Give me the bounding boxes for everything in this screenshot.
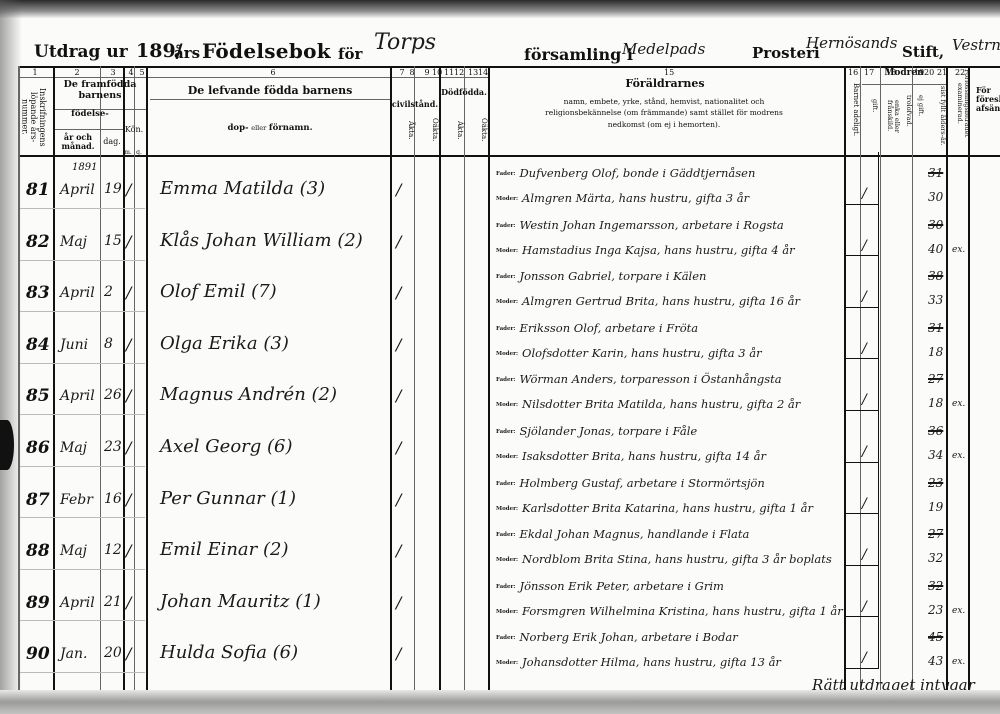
midwife-examined: ex. [952, 451, 965, 461]
column-number: 1 [30, 68, 40, 77]
mother-married-mark: / [862, 444, 867, 460]
father-entry: Fader:Norberg Erik Johan, arbetare i Bod… [496, 630, 738, 644]
entry-number: 87 [26, 490, 50, 510]
row-separator [20, 208, 145, 209]
row-separator [20, 569, 145, 570]
mother-label: Moder: [496, 557, 518, 563]
column-number: 17 [864, 68, 874, 77]
father-label: Fader: [496, 223, 515, 229]
mother-details: Almgren Märta, hans hustru, gifta 3 år [522, 191, 749, 205]
mother-details: Karlsdotter Brita Katarina, hans hustru,… [522, 501, 813, 515]
row-separator [20, 620, 145, 621]
birth-day: 26 [104, 387, 122, 403]
father-age-struck: 27 [928, 372, 943, 386]
header-oakta-2: Oäkta. [465, 112, 487, 148]
mother-entry: Moder:Nilsdotter Brita Matilda, hans hus… [496, 397, 800, 411]
father-entry: Fader:Dufvenberg Olof, bonde i Gäddtjern… [496, 166, 755, 180]
mother-age: 40 [928, 242, 943, 256]
header-foraldrarnes: Föräldrarnes [500, 78, 830, 91]
entry-number: 83 [26, 283, 50, 303]
mother-details: Olofsdotter Karin, hans hustru, gifta 3 … [522, 346, 762, 360]
mother-entry: Moder:Forsmgren Wilhelmina Kristina, han… [496, 604, 843, 618]
mother-details: Almgren Gertrud Brita, hans hustru, gift… [522, 294, 800, 308]
header-ej-gift: ej gift. [912, 86, 924, 126]
father-details: Norberg Erik Johan, arbetare i Bodar [519, 630, 737, 644]
grid-line [464, 66, 465, 691]
grid-line [414, 66, 415, 691]
child-name: Olga Erika (3) [160, 333, 289, 354]
father-entry: Fader:Westin Johan Ingemarsson, arbetare… [496, 218, 784, 232]
row-separator [20, 414, 145, 415]
mother-details: Isaksdotter Brita, hans hustru, gifta 14… [522, 449, 766, 463]
mother-entry: Moder:Isaksdotter Brita, hans hustru, gi… [496, 449, 766, 463]
father-label: Fader: [496, 584, 515, 590]
father-details: Dufvenberg Olof, bonde i Gäddtjernåsen [519, 166, 755, 180]
child-name: Johan Mauritz (1) [160, 591, 321, 612]
row-separator [20, 311, 145, 312]
father-entry: Fader:Jönsson Erik Peter, arbetare i Gri… [496, 579, 724, 593]
mother-entry: Moder:Almgren Gertrud Brita, hans hustru… [496, 294, 800, 308]
father-age-struck: 32 [928, 579, 943, 593]
father-entry: Fader:Wörman Anders, torparesson i Östan… [496, 372, 782, 386]
title-for: för [338, 45, 362, 63]
father-details: Eriksson Olof, arbetare i Fröta [519, 321, 698, 335]
column-number: 6 [268, 68, 278, 77]
header-trolofvad: trolofvad. [900, 86, 912, 136]
column-number: 9 [422, 68, 432, 77]
header-oakta-1: Oäkta. [416, 112, 438, 148]
column-number: 18 [886, 68, 896, 77]
grid-line [146, 66, 148, 691]
header-barnet-adeligt: Barnet adeligt. [845, 72, 859, 148]
grid-line [946, 66, 948, 691]
county-name: Medelpads [622, 40, 705, 58]
column-number: 4 [126, 68, 136, 77]
child-name: Emil Einar (2) [160, 539, 289, 560]
grid-line [134, 66, 135, 691]
mother-age: 19 [928, 500, 943, 514]
legitimate-mark: / [396, 386, 401, 405]
father-age-struck: 38 [928, 269, 943, 283]
legitimate-mark: / [396, 335, 401, 354]
header-gift: gift. [866, 86, 878, 126]
sex-mark: / [126, 386, 131, 405]
birth-month: April [60, 182, 95, 198]
sex-mark: / [126, 490, 131, 509]
mother-entry: Moder:Nordblom Brita Stina, hans hustru,… [496, 552, 832, 566]
legitimate-mark: / [396, 283, 401, 302]
document-title: Utdrag ur 189/ års Födelsebok för Torps … [34, 38, 1000, 66]
birth-month: April [60, 595, 95, 611]
row-separator [20, 260, 145, 261]
legitimate-mark: / [396, 232, 401, 251]
column-number: 20 [924, 68, 934, 77]
header-akta-1: Äkta. [392, 112, 414, 148]
grid-line [488, 66, 490, 691]
sex-mark: / [126, 644, 131, 663]
header-dag: dag. [100, 137, 124, 146]
sex-mark: / [126, 283, 131, 302]
mother-details: Nilsdotter Brita Matilda, hans hustru, g… [522, 397, 800, 411]
mother-entry: Moder:Johansdotter Hilma, hans hustru, g… [496, 655, 781, 669]
entry-number: 88 [26, 541, 50, 561]
mother-married-mark: / [862, 496, 867, 512]
birth-day: 2 [104, 284, 113, 300]
mother-age: 34 [928, 448, 943, 462]
birth-day: 16 [104, 491, 122, 507]
midwife-examined: ex. [952, 606, 965, 616]
header-kon: Kön. [123, 125, 145, 134]
header-kon-q: q. [134, 150, 144, 157]
header-dop: dop- [227, 123, 248, 133]
father-label: Fader: [496, 481, 515, 487]
stift-label: Stift, [902, 43, 944, 61]
father-details: Jonsson Gabriel, torpare i Kälen [519, 269, 706, 283]
column-number: 21 [937, 68, 947, 77]
grid-line [968, 66, 970, 691]
mother-married-mark: / [862, 392, 867, 408]
mother-label: Moder: [496, 454, 518, 460]
legitimate-mark: / [396, 490, 401, 509]
father-details: Westin Johan Ingemarsson, arbetare i Rog… [519, 218, 783, 232]
column-number: 8 [407, 68, 417, 77]
mother-married-mark: / [862, 341, 867, 357]
mother-entry: Moder:Karlsdotter Brita Katarina, hans h… [496, 501, 813, 515]
father-age-struck: 27 [928, 527, 943, 541]
mother-age: 23 [928, 603, 943, 617]
birth-day: 23 [104, 439, 122, 455]
birth-day: 20 [104, 645, 122, 661]
column-number: 16 [848, 68, 858, 77]
mother-label: Moder: [496, 660, 518, 666]
mother-entry: Moder:Olofsdotter Karin, hans hustru, gi… [496, 346, 762, 360]
entry-number: 85 [26, 386, 50, 406]
birth-month: Maj [60, 543, 87, 559]
header-alder: sist fyllt ålders-år. [926, 86, 946, 146]
grid-line [390, 66, 392, 691]
mother-details: Forsmgren Wilhelmina Kristina, hans hust… [522, 604, 843, 618]
birth-month: Febr [60, 492, 93, 508]
row-separator [20, 517, 145, 518]
column-number: 15 [664, 68, 674, 77]
diocese-name: Vestrnorrl [952, 36, 1000, 54]
entry-number: 86 [26, 438, 50, 458]
child-name: Axel Georg (6) [160, 436, 293, 457]
header-akta-2: Äkta. [441, 112, 463, 148]
midwife-examined: ex. [952, 245, 965, 255]
father-label: Fader: [496, 377, 515, 383]
header-right-cut: För föreskr afsän [976, 86, 1000, 114]
ink-blot [0, 420, 14, 470]
column-number: 2 [72, 68, 82, 77]
legitimate-mark: / [396, 593, 401, 612]
father-entry: Fader:Sjölander Jonas, torpare i Fåle [496, 424, 697, 438]
mother-entry: Moder:Almgren Märta, hans hustru, gifta … [496, 191, 749, 205]
grid-line [880, 66, 881, 691]
legitimate-mark: / [396, 541, 401, 560]
mother-age: 32 [928, 551, 943, 565]
father-age-struck: 31 [928, 166, 943, 180]
column-number: 22 [955, 68, 965, 77]
title-prefix: Utdrag ur [34, 42, 128, 62]
header-ar-och-manad: år och månad. [56, 133, 100, 151]
father-label: Fader: [496, 532, 515, 538]
title-ars: års [174, 44, 200, 62]
father-details: Ekdal Johan Magnus, handlande i Flata [519, 527, 749, 541]
midwife-examined: ex. [952, 399, 965, 409]
father-age-struck: 36 [928, 424, 943, 438]
grid-line [439, 66, 441, 691]
sex-mark: / [126, 232, 131, 251]
mother-married-mark: / [862, 238, 867, 254]
header-entry-number: Inskrifningens löpande års-nummer. [20, 82, 46, 152]
father-entry: Fader:Ekdal Johan Magnus, handlande i Fl… [496, 527, 749, 541]
mother-married-mark: / [862, 650, 867, 666]
sex-mark: / [126, 541, 131, 560]
birth-day: 19 [104, 181, 122, 197]
entry-number: 90 [26, 644, 50, 664]
father-details: Wörman Anders, torparesson i Östanhångst… [519, 372, 781, 386]
mother-married-mark: / [862, 547, 867, 563]
header-foraldrarnes-desc: namn, embete, yrke, stånd, hemvist, nati… [528, 96, 800, 130]
entry-number: 81 [26, 180, 50, 200]
father-age-struck: 45 [928, 630, 943, 644]
father-details: Sjölander Jonas, torpare i Fåle [519, 424, 697, 438]
grid-line [54, 129, 124, 130]
father-label: Fader: [496, 171, 515, 177]
grid-line [53, 66, 55, 691]
column-number: 19 [914, 68, 924, 77]
title-book: Födelsebok [202, 39, 331, 63]
mother-entry: Moder:Hamstadius Inga Kajsa, hans hustru… [496, 243, 795, 257]
father-label: Fader: [496, 274, 515, 280]
mother-married-mark: / [862, 289, 867, 305]
child-name: Magnus Andrén (2) [160, 384, 337, 405]
child-name: Klås Johan William (2) [160, 230, 363, 251]
grid-line [912, 66, 913, 691]
row-separator [20, 466, 145, 467]
birth-day: 15 [104, 233, 122, 249]
mother-age: 33 [928, 293, 943, 307]
birth-day: 12 [104, 542, 122, 558]
grid-line [123, 66, 125, 691]
deanery-name: Hernösands [806, 34, 897, 52]
scan-top-edge [0, 0, 1000, 18]
header-fodelse: födelse- [56, 110, 124, 120]
father-age-struck: 23 [928, 476, 943, 490]
column-number: 14 [478, 68, 488, 77]
header-kon-m: m. [123, 150, 133, 157]
child-name: Per Gunnar (1) [160, 488, 296, 509]
birth-month: Juni [60, 337, 88, 353]
child-name: Emma Matilda (3) [160, 178, 325, 199]
mother-label: Moder: [496, 506, 518, 512]
header-framfodda: De framfödda barnens [56, 80, 144, 102]
father-label: Fader: [496, 326, 515, 332]
mother-label: Moder: [496, 402, 518, 408]
legitimate-mark: / [396, 180, 401, 199]
column-number: 12 [454, 68, 464, 77]
mother-age: 30 [928, 190, 943, 204]
row-separator [20, 672, 145, 673]
birth-month: Maj [60, 234, 87, 250]
grid-line [150, 99, 390, 100]
father-details: Holmberg Gustaf, arbetare i Stormörtsjön [519, 476, 764, 490]
row-separator [20, 363, 145, 364]
sex-mark: / [126, 335, 131, 354]
column-number: 11 [444, 68, 454, 77]
column-number: 3 [108, 68, 118, 77]
mother-details: Hamstadius Inga Kajsa, hans hustru, gift… [522, 243, 795, 257]
mother-married-mark: / [862, 599, 867, 615]
mother-label: Moder: [496, 299, 518, 305]
father-entry: Fader:Holmberg Gustaf, arbetare i Stormö… [496, 476, 765, 490]
birth-month: April [60, 285, 95, 301]
column-number: 13 [468, 68, 478, 77]
mother-married-mark: / [862, 186, 867, 202]
father-details: Jönsson Erik Peter, arbetare i Grim [519, 579, 723, 593]
child-name: Olof Emil (7) [160, 281, 277, 302]
birth-month: Maj [60, 440, 87, 456]
sex-mark: / [126, 593, 131, 612]
sex-mark: / [126, 180, 131, 199]
mother-label: Moder: [496, 609, 518, 615]
father-label: Fader: [496, 635, 515, 641]
birth-month: April [60, 388, 95, 404]
mother-label: Moder: [496, 351, 518, 357]
header-dodfodda: Dödfödda. [440, 88, 488, 97]
forsamling-label: församling i [524, 45, 633, 64]
birth-month: Jan. [60, 646, 87, 662]
child-name: Hulda Sofia (6) [160, 642, 298, 663]
header-enka: enka eller frånskild. [878, 86, 900, 146]
midwife-examined: ex. [952, 657, 965, 667]
column-number: 10 [432, 68, 442, 77]
mother-age: 18 [928, 345, 943, 359]
header-fornamn: förnamn. [269, 123, 313, 133]
father-age-struck: 30 [928, 218, 943, 232]
legitimate-mark: / [396, 644, 401, 663]
parish-name: Torps [374, 30, 436, 55]
entry-year-note: 1891 [72, 162, 97, 173]
mother-age: 18 [928, 396, 943, 410]
header-dop-eller-fornamn: dop- eller förnamn. [150, 124, 390, 134]
mother-age: 43 [928, 654, 943, 668]
column-number: 5 [137, 68, 147, 77]
father-age-struck: 31 [928, 321, 943, 335]
mother-details: Nordblom Brita Stina, hans hustru, gifta… [522, 552, 832, 566]
sex-mark: / [126, 438, 131, 457]
father-label: Fader: [496, 429, 515, 435]
mother-details: Johansdotter Hilma, hans hustru, gifta 1… [522, 655, 781, 669]
scan-bottom-edge [0, 690, 1000, 714]
father-entry: Fader:Eriksson Olof, arbetare i Fröta [496, 321, 698, 335]
header-eller: eller [251, 124, 266, 132]
grid-line [100, 66, 101, 691]
entry-number: 89 [26, 593, 50, 613]
grid-line [18, 66, 20, 691]
column-number: 7 [397, 68, 407, 77]
birth-day: 8 [104, 336, 113, 352]
mother-label: Moder: [496, 248, 518, 254]
birth-day: 21 [104, 594, 122, 610]
header-civilstand: civilstånd. [391, 100, 439, 109]
grid-line [18, 77, 488, 78]
register-page: Utdrag ur 189/ års Födelsebok för Torps … [0, 0, 1000, 714]
father-entry: Fader:Jonsson Gabriel, torpare i Kälen [496, 269, 706, 283]
entry-number: 82 [26, 232, 50, 252]
entry-number: 84 [26, 335, 50, 355]
legitimate-mark: / [396, 438, 401, 457]
grid-line [862, 84, 946, 85]
header-lefvande: De lefvande födda barnens [150, 85, 390, 98]
mother-label: Moder: [496, 196, 518, 202]
